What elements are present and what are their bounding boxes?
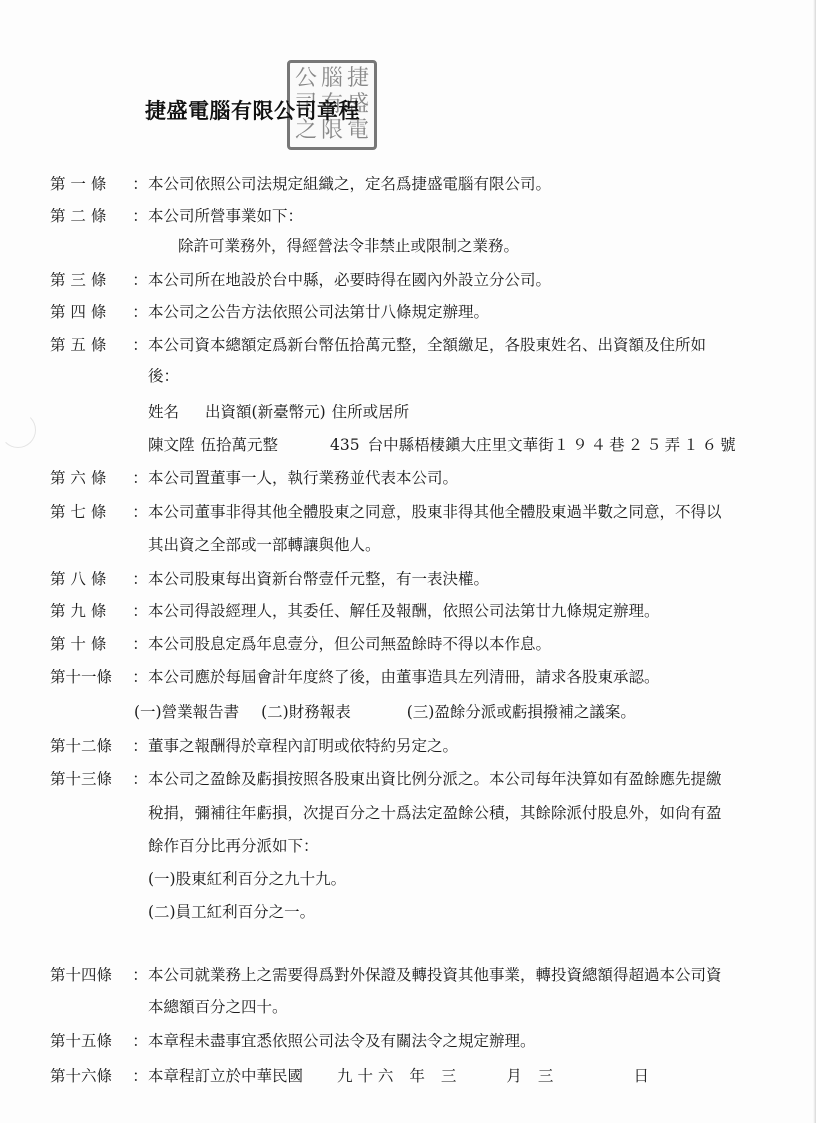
article-text: 本公司所營事業如下： (148, 207, 303, 225)
item-financial-statements: (二)財務報表 (261, 703, 351, 721)
shareholder-table-header: 姓名出資額(新臺幣元)住所或居所 (148, 402, 409, 422)
article-label: 第 十 條 (50, 634, 132, 654)
shareholder-address: 台中縣梧棲鎭大庄里文華街 (368, 436, 554, 454)
article-text: 董事之報酬得於章程內訂明或依特約另定之。 (148, 737, 458, 755)
seal-char: 腦 (319, 66, 345, 92)
article-11: 第十一條：本公司應於每屆會計年度終了後，由董事造具左列清冊，請求各股東承認。 (50, 667, 660, 687)
header-name: 姓名 (148, 403, 179, 421)
shareholder-row: 陳文陞伍拾萬元整435台中縣梧棲鎭大庄里文華街１９４巷２５弄１６號 (148, 435, 739, 455)
article-text: 本公司董事非得其他全體股東之同意，股東非得其他全體股東過半數之同意，不得以 (148, 503, 722, 521)
separator: ： (132, 270, 148, 290)
article-13-line-5: (二)員工紅利百分之一。 (148, 902, 315, 922)
item-business-report: (一)營業報告書 (134, 703, 239, 721)
article-3: 第 三 條：本公司所在地設於台中縣，必要時得在國內外設立分公司。 (50, 270, 551, 290)
separator: ： (132, 569, 148, 589)
article-text: 本公司得設經理人，其委任、解任及報酬，依照公司法第廿九條規定辦理。 (148, 602, 660, 620)
article-label: 第十五條 (50, 1031, 132, 1051)
signing-day: 三 (538, 1067, 554, 1085)
article-6: 第 六 條：本公司置董事一人，執行業務並代表本公司。 (50, 468, 458, 488)
article-text: 本公司之盈餘及虧損按照各股東出資比例分派之。本公司每年決算如有盈餘應先提繳 (148, 770, 722, 788)
article-label: 第 四 條 (50, 302, 132, 322)
article-2: 第 二 條：本公司所營事業如下： (50, 206, 303, 226)
separator: ： (132, 634, 148, 654)
separator: ： (132, 468, 148, 488)
article-label: 第十二條 (50, 736, 132, 756)
article-10: 第 十 條：本公司股息定爲年息壹分，但公司無盈餘時不得以本作息。 (50, 634, 551, 654)
shareholder-name: 陳文陞 (148, 436, 195, 454)
article-14-line-2: 本總額百分之四十。 (148, 997, 288, 1017)
address-numbers: １９４巷２５弄１６號 (554, 436, 739, 454)
article-text: 本公司依照公司法規定組織之，定名爲捷盛電腦有限公司。 (148, 175, 551, 193)
separator: ： (132, 302, 148, 322)
separator: ： (132, 769, 148, 789)
article-text: 本公司就業務上之需要得爲對外保證及轉投資其他事業，轉投資總額得超過本公司資 (148, 966, 722, 984)
article-13-line-3: 餘作百分比再分派如下： (148, 836, 319, 856)
article-1: 第 一 條：本公司依照公司法規定組織之，定名爲捷盛電腦有限公司。 (50, 174, 551, 194)
separator: ： (132, 601, 148, 621)
article-2-line-2: 除許可業務外，得經營法令非禁止或限制之業務。 (178, 236, 519, 256)
seal-char: 捷 (345, 66, 371, 92)
year-unit: 年 (409, 1067, 425, 1085)
separator: ： (132, 502, 148, 522)
separator: ： (132, 1066, 148, 1086)
punch-hole-mark (0, 412, 36, 448)
article-label: 第 六 條 (50, 468, 132, 488)
separator: ： (132, 667, 148, 687)
article-text: 本章程訂立於中華民國 (148, 1067, 303, 1085)
article-text: 本公司資本總額定爲新台幣伍拾萬元整，全額繳足，各股東姓名、出資額及住所如 (148, 336, 706, 354)
article-label: 第 七 條 (50, 502, 132, 522)
document-title: 捷盛電腦有限公司章程 (145, 95, 360, 125)
item-earnings-distribution: (三)盈餘分派或虧損撥補之議案。 (407, 703, 636, 721)
article-14: 第十四條：本公司就業務上之需要得爲對外保證及轉投資其他事業，轉投資總額得超過本公… (50, 965, 722, 985)
separator: ： (132, 736, 148, 756)
article-16: 第十六條：本章程訂立於中華民國九 十 六年三月三日 (50, 1066, 649, 1086)
article-11-items: (一)營業報告書(二)財務報表(三)盈餘分派或虧損撥補之議案。 (134, 702, 636, 722)
separator: ： (132, 1031, 148, 1051)
article-label: 第 五 條 (50, 335, 132, 355)
article-text: 本公司應於每屆會計年度終了後，由董事造具左列清冊，請求各股東承認。 (148, 668, 660, 686)
article-label: 第十六條 (50, 1066, 132, 1086)
article-text: 本章程未盡事宜悉依照公司法令及有關法令之規定辦理。 (148, 1032, 536, 1050)
article-text: 本公司股東每出資新台幣壹仟元整，有一表決權。 (148, 570, 489, 588)
shareholder-amount: 伍拾萬元整 (201, 436, 279, 454)
article-8: 第 八 條：本公司股東每出資新台幣壹仟元整，有一表決權。 (50, 569, 489, 589)
article-text: 本公司置董事一人，執行業務並代表本公司。 (148, 469, 458, 487)
article-text: 本公司所在地設於台中縣，必要時得在國內外設立分公司。 (148, 271, 551, 289)
article-text: 本公司股息定爲年息壹分，但公司無盈餘時不得以本作息。 (148, 635, 551, 653)
article-12: 第十二條：董事之報酬得於章程內訂明或依特約另定之。 (50, 736, 458, 756)
article-7: 第 七 條：本公司董事非得其他全體股東之同意，股東非得其他全體股東過半數之同意，… (50, 502, 722, 522)
article-label: 第十四條 (50, 965, 132, 985)
article-5-line-2: 後： (148, 366, 179, 386)
month-unit: 月 (506, 1067, 522, 1085)
article-label: 第 八 條 (50, 569, 132, 589)
article-15: 第十五條：本章程未盡事宜悉依照公司法令及有關法令之規定辦理。 (50, 1031, 536, 1051)
article-13-line-2: 稅捐，彌補往年虧損，次提百分之十爲法定盈餘公積，其餘除派付股息外，如尙有盈 (148, 803, 722, 823)
article-7-line-2: 其出資之全部或一部轉讓與他人。 (148, 535, 381, 555)
document-page: 公 腦 捷 司 有 盛 之 限 電 捷盛電腦有限公司章程 第 一 條：本公司依照… (0, 0, 816, 1123)
header-address: 住所或居所 (332, 403, 410, 421)
day-unit: 日 (633, 1067, 649, 1085)
signing-month: 三 (441, 1067, 457, 1085)
article-label: 第 九 條 (50, 601, 132, 621)
header-amount: 出資額(新臺幣元) (205, 403, 326, 421)
separator: ： (132, 206, 148, 226)
article-13: 第十三條：本公司之盈餘及虧損按照各股東出資比例分派之。本公司每年決算如有盈餘應先… (50, 769, 722, 789)
article-13-line-4: (一)股東紅利百分之九十九。 (148, 869, 346, 889)
separator: ： (132, 174, 148, 194)
separator: ： (132, 335, 148, 355)
article-5: 第 五 條：本公司資本總額定爲新台幣伍拾萬元整，全額繳足，各股東姓名、出資額及住… (50, 335, 706, 355)
article-label: 第 一 條 (50, 174, 132, 194)
article-label: 第十三條 (50, 769, 132, 789)
signing-year: 九 十 六 (337, 1067, 393, 1085)
seal-char: 公 (293, 66, 319, 92)
article-label: 第十一條 (50, 667, 132, 687)
separator: ： (132, 965, 148, 985)
article-9: 第 九 條：本公司得設經理人，其委任、解任及報酬，依照公司法第廿九條規定辦理。 (50, 601, 660, 621)
article-label: 第 二 條 (50, 206, 132, 226)
article-4: 第 四 條：本公司之公告方法依照公司法第廿八條規定辦理。 (50, 302, 489, 322)
article-label: 第 三 條 (50, 270, 132, 290)
article-text: 本公司之公告方法依照公司法第廿八條規定辦理。 (148, 303, 489, 321)
postal-code: 435 (330, 436, 360, 454)
